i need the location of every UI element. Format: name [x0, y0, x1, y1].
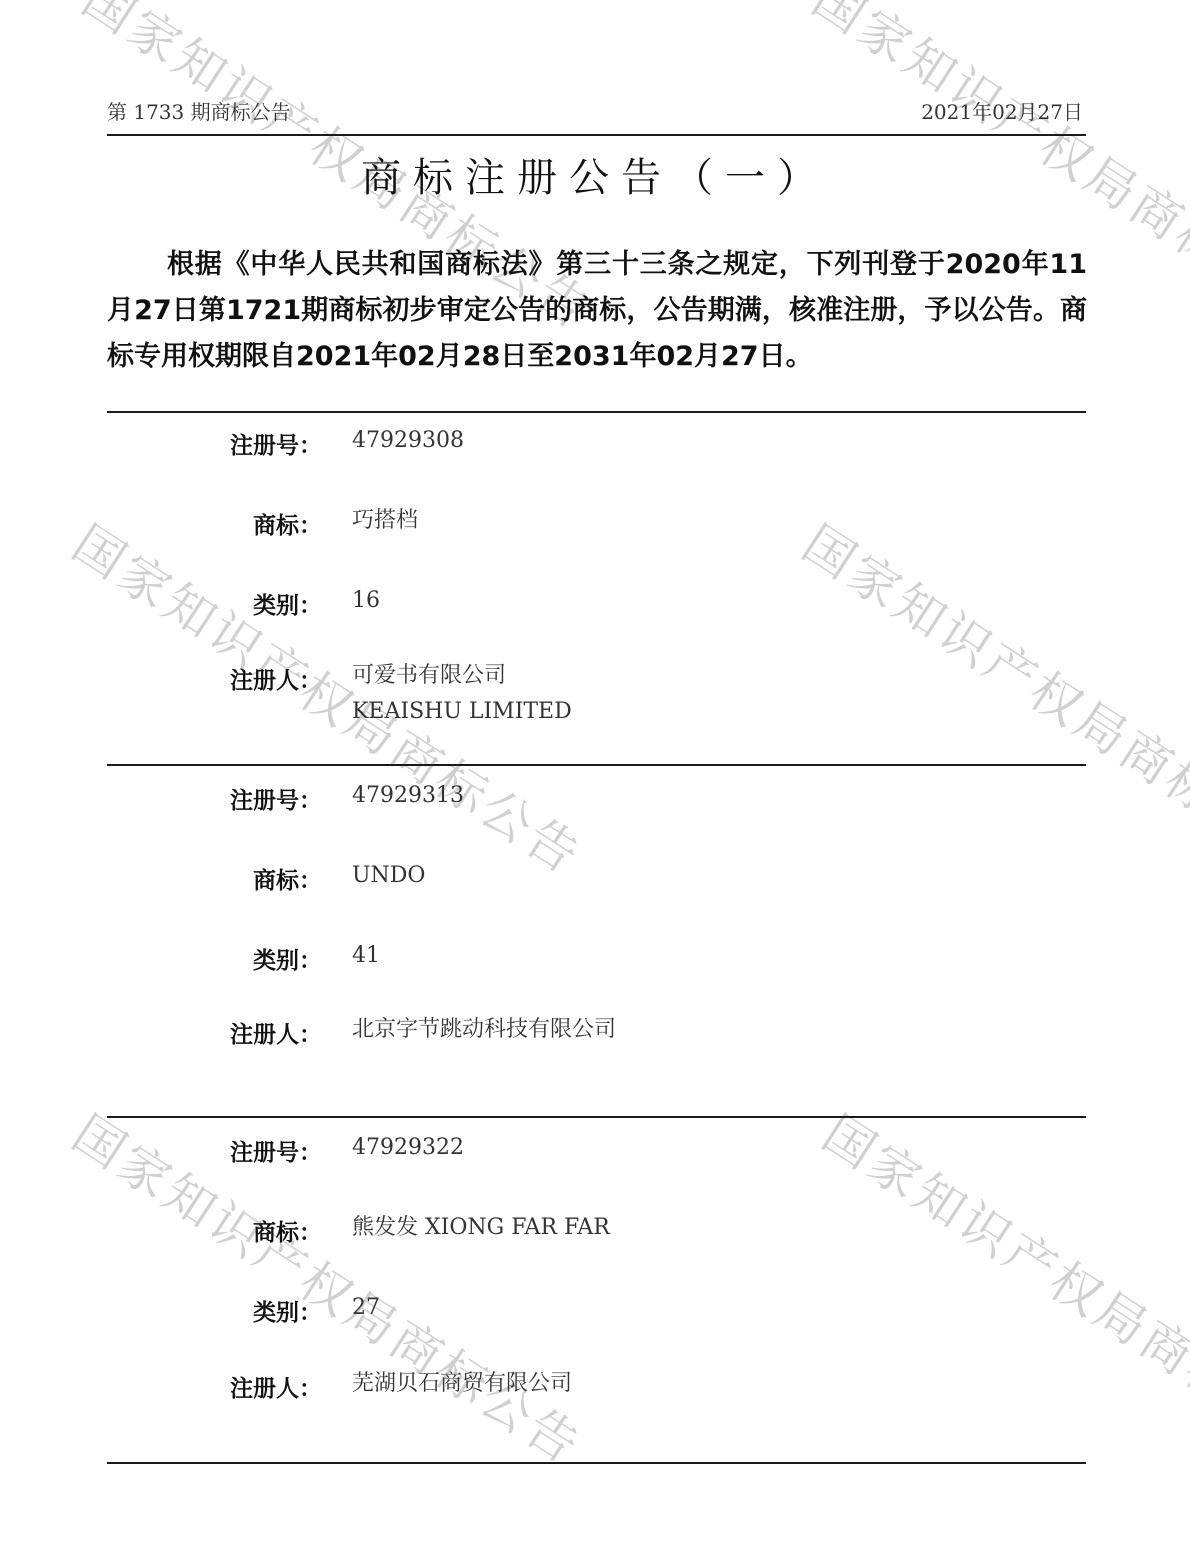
reg-no-value: 47929322: [352, 1130, 464, 1166]
registrant-value: 芜湖贝石商贸有限公司: [352, 1366, 572, 1402]
registrant-value: 北京字节跳动科技有限公司: [352, 1012, 616, 1048]
reg-no-label: 注册号：: [230, 782, 322, 815]
class-label: 类别：: [253, 1294, 322, 1327]
watermark: 国家知识产权局商标公告: [791, 505, 1190, 889]
registrant-value: 可爱书有限公司 KEAISHU LIMITED: [352, 658, 572, 730]
entry-divider: [107, 764, 1086, 766]
mark-label: 商标：: [253, 1214, 322, 1247]
registrant-label: 注册人：: [230, 1370, 322, 1403]
page-title: 商标注册公告（一）: [0, 146, 1190, 203]
mark-value: 熊发发 XIONG FAR FAR: [352, 1210, 610, 1246]
reg-no-value: 47929313: [352, 778, 464, 814]
class-label: 类别：: [253, 587, 322, 620]
registrant-name-cn: 可爱书有限公司: [352, 658, 572, 694]
intro-paragraph: 根据《中华人民共和国商标法》第三十三条之规定，下列刊登于2020年11月27日第…: [107, 242, 1087, 380]
reg-no-value: 47929308: [352, 423, 464, 459]
reg-no-label: 注册号：: [230, 427, 322, 460]
mark-label: 商标：: [253, 862, 322, 895]
class-label: 类别：: [253, 942, 322, 975]
class-value: 16: [352, 583, 380, 619]
mark-value: 巧搭档: [352, 503, 418, 539]
issue-number: 第 1733 期商标公告: [107, 96, 291, 125]
header-divider: [107, 134, 1086, 136]
issue-date: 2021年02月27日: [921, 96, 1083, 125]
registrant-name-cn: 北京字节跳动科技有限公司: [352, 1012, 616, 1048]
section-divider: [107, 411, 1086, 413]
entry-divider: [107, 1116, 1086, 1118]
mark-label: 商标：: [253, 507, 322, 540]
registrant-label: 注册人：: [230, 1016, 322, 1049]
footer-divider: [107, 1462, 1086, 1464]
registrant-name-en: KEAISHU LIMITED: [352, 694, 572, 730]
registrant-label: 注册人：: [230, 662, 322, 695]
reg-no-label: 注册号：: [230, 1134, 322, 1167]
registrant-name-cn: 芜湖贝石商贸有限公司: [352, 1366, 572, 1402]
class-value: 27: [352, 1290, 380, 1326]
watermark: 国家知识产权局商标公告: [811, 1095, 1190, 1479]
watermark: 国家知识产权局商标公告: [61, 1095, 598, 1479]
class-value: 41: [352, 938, 380, 974]
mark-value: UNDO: [352, 858, 425, 894]
